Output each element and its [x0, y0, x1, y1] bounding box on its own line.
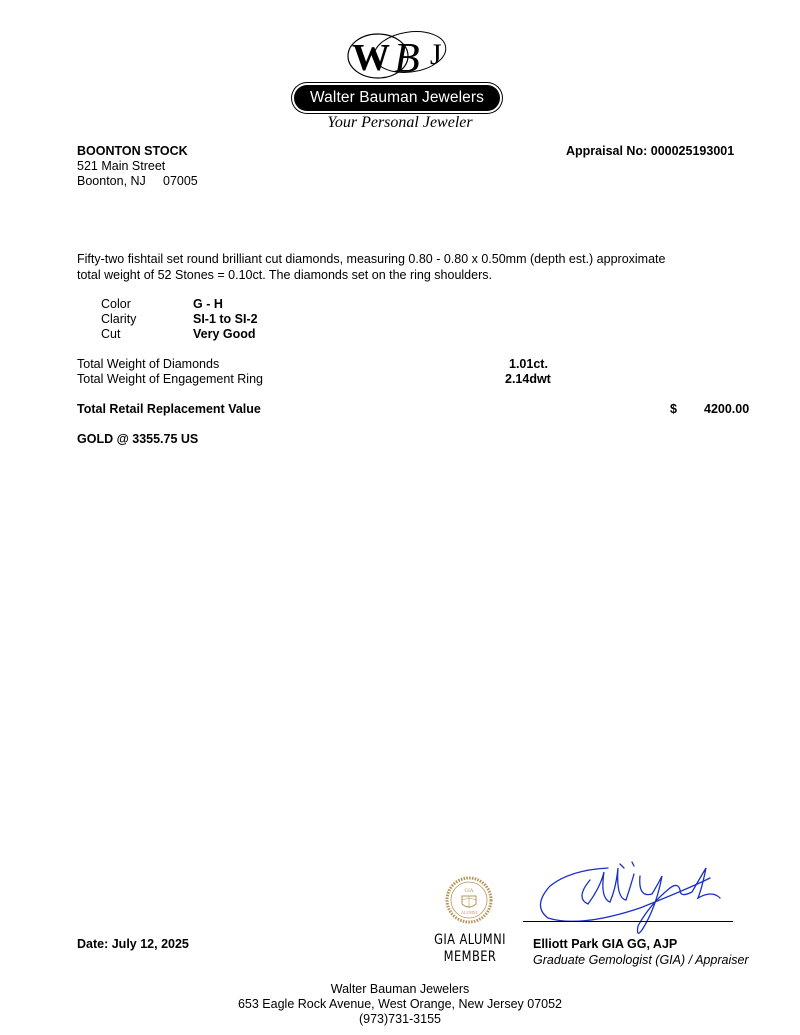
svg-text:ALUMNI: ALUMNI	[461, 910, 478, 915]
spec-label-clarity: Clarity	[101, 312, 136, 327]
client-name: BOONTON STOCK	[77, 144, 188, 159]
client-city-state: Boonton, NJ	[77, 174, 146, 189]
svg-text:J: J	[430, 38, 442, 71]
description-line-2: total weight of 52 Stones = 0.10ct. The …	[77, 267, 697, 283]
svg-text:B: B	[394, 36, 420, 82]
company-logo: W B J Walter Bauman Jewelers Your Person…	[290, 28, 510, 138]
appraiser-title: Graduate Gemologist (GIA) / Appraiser	[533, 953, 749, 968]
tagline: Your Personal Jeweler	[290, 114, 510, 132]
appraisal-number-value: 000025193001	[651, 144, 734, 158]
description-line-1: Fifty-two fishtail set round brilliant c…	[77, 251, 697, 267]
client-street: 521 Main Street	[77, 159, 165, 174]
total-diamond-weight-label: Total Weight of Diamonds	[77, 357, 219, 372]
gia-alumni-seal-icon: GIA ALUMNI	[445, 876, 493, 924]
appraiser-name: Elliott Park GIA GG, AJP	[533, 937, 677, 952]
footer-company: Walter Bauman Jewelers	[0, 982, 800, 997]
spec-label-color: Color	[101, 297, 131, 312]
svg-text:GIA: GIA	[465, 889, 474, 894]
company-name: Walter Bauman Jewelers	[294, 85, 500, 111]
appraisal-number: Appraisal No: 000025193001	[566, 144, 734, 159]
company-name-banner: Walter Bauman Jewelers	[294, 85, 500, 111]
spec-value-clarity: SI-1 to SI-2	[193, 312, 258, 327]
item-description: Fifty-two fishtail set round brilliant c…	[77, 251, 697, 283]
appraisal-date: Date: July 12, 2025	[77, 937, 189, 952]
wbj-monogram-icon: W B J	[330, 28, 470, 84]
currency-symbol: $	[670, 402, 677, 417]
gia-member-label: MEMBER	[434, 949, 506, 965]
replacement-value-amount: 4200.00	[704, 402, 749, 417]
client-zip: 07005	[163, 174, 198, 189]
spec-label-cut: Cut	[101, 327, 120, 342]
replacement-value-label: Total Retail Replacement Value	[77, 402, 261, 417]
gold-price: GOLD @ 3355.75 US	[77, 432, 198, 447]
signature-line	[523, 921, 733, 922]
svg-text:W: W	[352, 37, 390, 79]
appraiser-signature	[530, 858, 750, 938]
appraisal-number-label: Appraisal No:	[566, 144, 647, 158]
gia-alumni-label: GIA ALUMNI	[434, 932, 506, 948]
spec-value-cut: Very Good	[193, 327, 256, 342]
footer-address: 653 Eagle Rock Avenue, West Orange, New …	[0, 997, 800, 1012]
footer-phone: (973)731-3155	[0, 1012, 800, 1027]
total-diamond-weight-value: 1.01ct.	[509, 357, 548, 372]
total-ring-weight-label: Total Weight of Engagement Ring	[77, 372, 263, 387]
spec-value-color: G - H	[193, 297, 223, 312]
total-ring-weight-value: 2.14dwt	[505, 372, 551, 387]
